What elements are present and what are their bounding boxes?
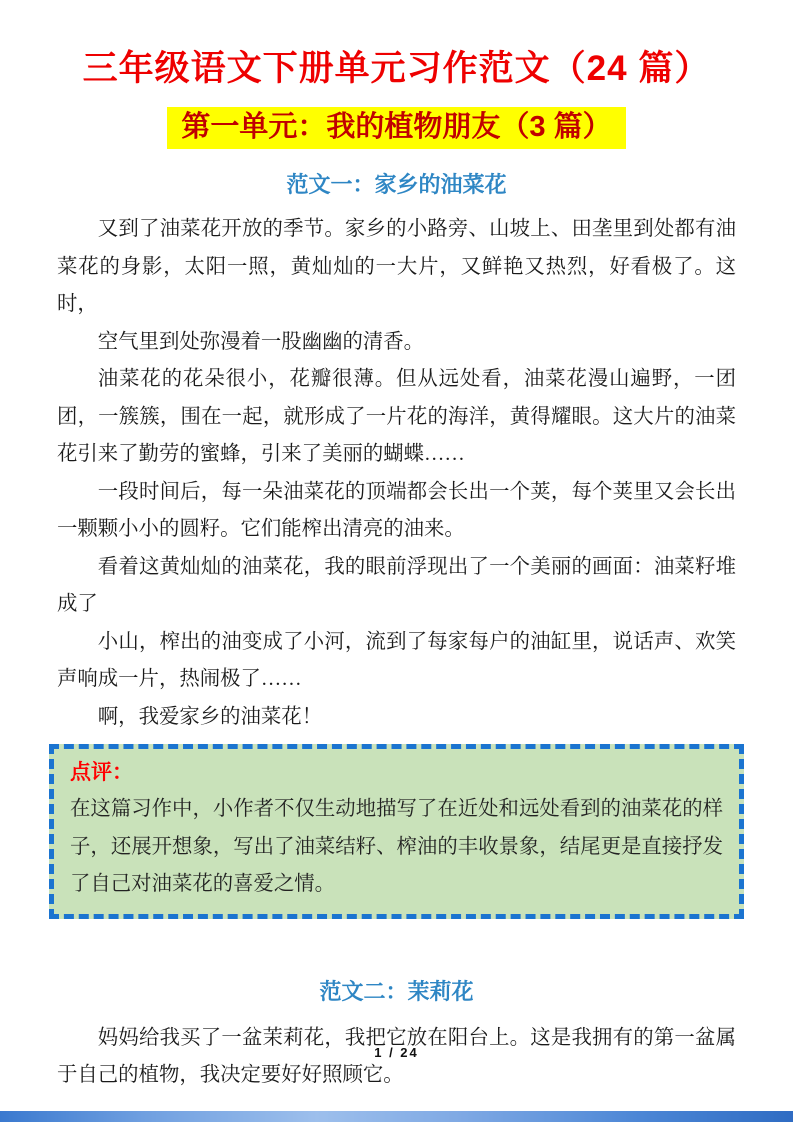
essay1-paragraph-5: 看着这黄灿灿的油菜花，我的眼前浮现出了一个美丽的画面：油菜籽堆成了 — [57, 549, 736, 624]
essay1-heading: 范文一：家乡的油菜花 — [57, 170, 736, 200]
bottom-decoration-bar — [0, 1111, 793, 1122]
document-title: 三年级语文下册单元习作范文（24 篇） — [57, 46, 736, 92]
unit-heading-wrap: 第一单元：我的植物朋友（3 篇） — [57, 107, 736, 149]
essay1-paragraph-1: 又到了油菜花开放的季节。家乡的小路旁、山坡上、田垄里到处都有油菜花的身影，太阳一… — [57, 211, 736, 324]
essay1-paragraph-3: 油菜花的花朵很小，花瓣很薄。但从远处看，油菜花漫山遍野，一团团，一簇簇，围在一起… — [57, 361, 736, 474]
essay2-heading: 范文二：茉莉花 — [57, 977, 736, 1007]
essay1-paragraph-4: 一段时间后，每一朵油菜花的顶端都会长出一个荚，每个荚里又会长出一颗颗小小的圆籽。… — [57, 474, 736, 549]
page-number-indicator: 1 / 24 — [0, 1045, 793, 1060]
document-page: 三年级语文下册单元习作范文（24 篇） 第一单元：我的植物朋友（3 篇） 范文一… — [0, 0, 793, 1122]
comment-label: 点评： — [70, 757, 723, 789]
teacher-comment-box: 点评： 在这篇习作中，小作者不仅生动地描写了在近处和远处看到的油菜花的样子，还展… — [49, 744, 744, 919]
unit-heading-highlighted: 第一单元：我的植物朋友（3 篇） — [167, 107, 625, 149]
essay1-paragraph-6: 小山，榨出的油变成了小河，流到了每家每户的油缸里，说话声、欢笑声响成一片，热闹极… — [57, 624, 736, 699]
essay1-paragraph-2: 空气里到处弥漫着一股幽幽的清香。 — [57, 324, 736, 362]
page-content: 三年级语文下册单元习作范文（24 篇） 第一单元：我的植物朋友（3 篇） 范文一… — [0, 0, 793, 1095]
essay1-paragraph-7: 啊，我爱家乡的油菜花！ — [57, 699, 736, 737]
comment-text: 在这篇习作中，小作者不仅生动地描写了在近处和远处看到的油菜花的样子，还展开想象，… — [70, 791, 723, 904]
